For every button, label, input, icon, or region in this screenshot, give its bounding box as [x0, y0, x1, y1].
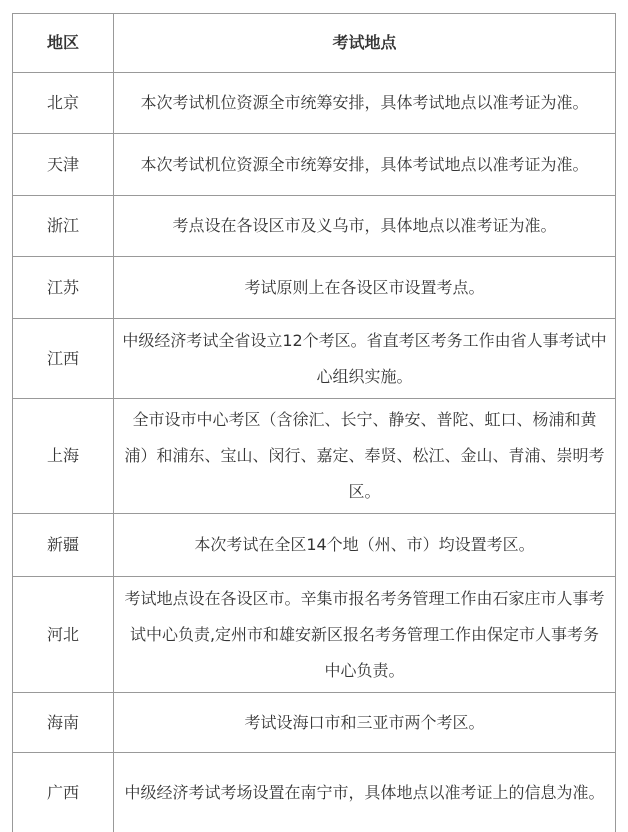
table-row: 江西 中级经济考试全省设立12个考区。省直考区考务工作由省人事考试中心组织实施。: [13, 319, 616, 399]
location-cell: 考试原则上在各设区市设置考点。: [114, 257, 616, 319]
exam-locations-table: 地区 考试地点 北京 本次考试机位资源全市统筹安排，具体考试地点以准考证为准。 …: [12, 13, 616, 832]
location-cell: 考试地点设在各设区市。辛集市报名考务管理工作由石家庄市人事考试中心负责,定州市和…: [114, 577, 616, 693]
table-row: 海南 考试设海口市和三亚市两个考区。: [13, 693, 616, 753]
region-cell: 河北: [13, 577, 114, 693]
table-row: 天津 本次考试机位资源全市统筹安排，具体考试地点以准考证为准。: [13, 134, 616, 196]
region-cell: 天津: [13, 134, 114, 196]
location-cell: 本次考试在全区14个地（州、市）均设置考区。: [114, 514, 616, 577]
table-row: 江苏 考试原则上在各设区市设置考点。: [13, 257, 616, 319]
table-row: 新疆 本次考试在全区14个地（州、市）均设置考区。: [13, 514, 616, 577]
table-row: 广西 中级经济考试考场设置在南宁市，具体地点以准考证上的信息为准。: [13, 753, 616, 832]
region-cell: 北京: [13, 73, 114, 134]
table-row: 浙江 考点设在各设区市及义乌市，具体地点以准考证为准。: [13, 196, 616, 257]
location-cell: 考试设海口市和三亚市两个考区。: [114, 693, 616, 753]
region-cell: 江苏: [13, 257, 114, 319]
location-column-header: 考试地点: [114, 14, 616, 73]
location-cell: 本次考试机位资源全市统筹安排，具体考试地点以准考证为准。: [114, 73, 616, 134]
region-cell: 广西: [13, 753, 114, 832]
table-row: 上海 全市设市中心考区（含徐汇、长宁、静安、普陀、虹口、杨浦和黄浦）和浦东、宝山…: [13, 399, 616, 514]
region-cell: 上海: [13, 399, 114, 514]
table-header-row: 地区 考试地点: [13, 14, 616, 73]
region-cell: 江西: [13, 319, 114, 399]
region-column-header: 地区: [13, 14, 114, 73]
table-row: 河北 考试地点设在各设区市。辛集市报名考务管理工作由石家庄市人事考试中心负责,定…: [13, 577, 616, 693]
location-cell: 本次考试机位资源全市统筹安排，具体考试地点以准考证为准。: [114, 134, 616, 196]
location-cell: 考点设在各设区市及义乌市，具体地点以准考证为准。: [114, 196, 616, 257]
table-row: 北京 本次考试机位资源全市统筹安排，具体考试地点以准考证为准。: [13, 73, 616, 134]
location-cell: 中级经济考试全省设立12个考区。省直考区考务工作由省人事考试中心组织实施。: [114, 319, 616, 399]
location-cell: 全市设市中心考区（含徐汇、长宁、静安、普陀、虹口、杨浦和黄浦）和浦东、宝山、闵行…: [114, 399, 616, 514]
location-cell: 中级经济考试考场设置在南宁市，具体地点以准考证上的信息为准。: [114, 753, 616, 832]
region-cell: 浙江: [13, 196, 114, 257]
region-cell: 新疆: [13, 514, 114, 577]
region-cell: 海南: [13, 693, 114, 753]
page: 地区 考试地点 北京 本次考试机位资源全市统筹安排，具体考试地点以准考证为准。 …: [0, 0, 628, 832]
